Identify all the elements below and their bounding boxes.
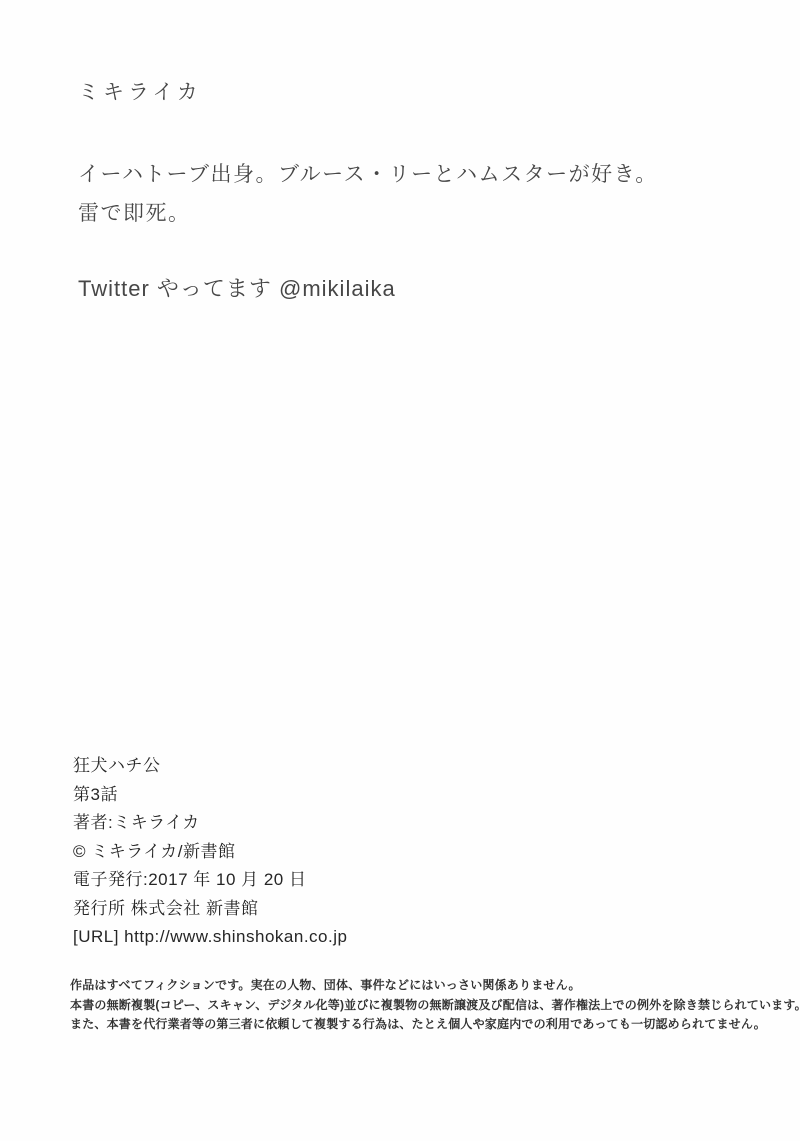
- publication-info-block: 狂犬ハチ公 第3話 著者:ミキライカ © ミキライカ/新書館 電子発行:2017…: [73, 752, 347, 952]
- copyright-line: © ミキライカ/新書館: [73, 838, 347, 867]
- author-bio-line-1: イーハトーブ出身。ブルース・リーとハムスターが好き。: [78, 158, 658, 188]
- legal-copy-prohibition: 本書の無断複製(コピー、スキャン、デジタル化等)並びに複製物の無断譲渡及び配信は…: [70, 996, 800, 1016]
- author-credit: 著者:ミキライカ: [73, 809, 347, 838]
- colophon-page: ミキライカ イーハトーブ出身。ブルース・リーとハムスターが好き。 雷で即死。 T…: [0, 0, 800, 1141]
- legal-third-party-prohibition: また、本書を代行業者等の第三者に依頼して複製する行為は、たとえ個人や家庭内での利…: [70, 1015, 800, 1035]
- publisher-url: [URL] http://www.shinshokan.co.jp: [73, 923, 347, 952]
- digital-publication-date: 電子発行:2017 年 10 月 20 日: [73, 866, 347, 895]
- work-title: 狂犬ハチ公: [73, 752, 347, 781]
- legal-fiction-disclaimer: 作品はすべてフィクションです。実在の人物、団体、事件などにはいっさい関係ありませ…: [70, 976, 800, 996]
- author-name: ミキライカ: [78, 76, 202, 106]
- publisher-line: 発行所 株式会社 新書館: [73, 895, 347, 924]
- author-twitter-handle: Twitter やってます @mikilaika: [78, 272, 396, 303]
- chapter-number: 第3話: [73, 781, 347, 810]
- author-bio-line-2: 雷で即死。: [78, 197, 191, 227]
- legal-notice-block: 作品はすべてフィクションです。実在の人物、団体、事件などにはいっさい関係ありませ…: [70, 976, 800, 1035]
